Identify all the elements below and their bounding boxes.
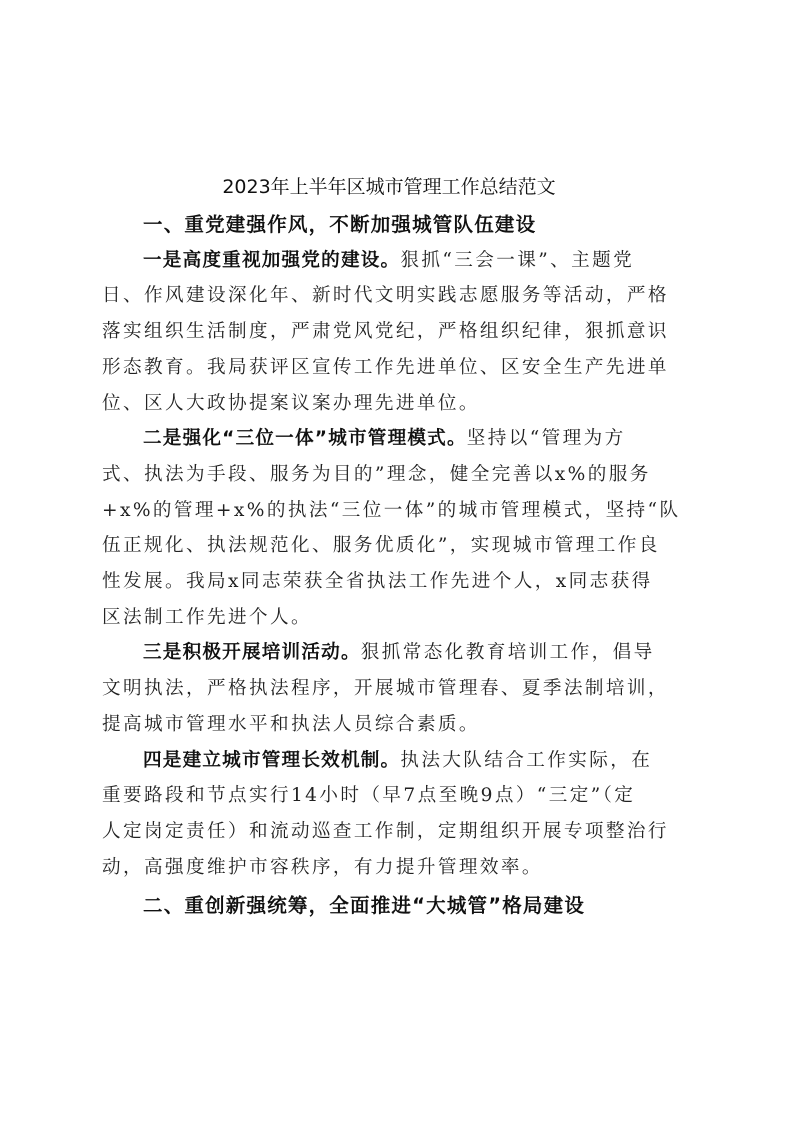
paragraph-line: 形态教育。我局获评区宣传工作先进单位、区安全生产先进单 <box>102 350 676 386</box>
paragraph-line: 位、区人大政协提案议案办理先进单位。 <box>102 386 676 422</box>
paragraph-line: 日、作风建设深化年、新时代文明实践志愿服务等活动，严格 <box>102 278 676 314</box>
paragraph-lead: 三是积极开展培训活动。 <box>143 642 361 663</box>
section-heading-1: 一、重党建强作风，不断加强城管队伍建设 <box>102 207 676 243</box>
paragraph-text: 狠抓常态化教育培训工作，倡导 <box>361 642 655 663</box>
document-page: 2023年上半年区城市管理工作总结范文 一、重党建强作风，不断加强城管队伍建设 … <box>102 170 676 924</box>
paragraph-line: 落实组织生活制度，严肃党风党纪，严格组织纪律，狠抓意识 <box>102 314 676 350</box>
paragraph-line: 性发展。我局x同志荣获全省执法工作先进个人，x同志获得 <box>102 564 676 600</box>
paragraph-long-term-mechanism: 四是建立城市管理长效机制。执法大队结合工作实际，在 重要路段和节点实行14小时（… <box>102 743 676 886</box>
section-heading-2: 二、重创新强统筹，全面推进“大城管”格局建设 <box>102 888 676 924</box>
paragraph-line: 四是建立城市管理长效机制。执法大队结合工作实际，在 <box>102 743 676 779</box>
paragraph-line: 文明执法，严格执法程序，开展城市管理春、夏季法制培训， <box>102 671 676 707</box>
paragraph-line: 提高城市管理水平和执法人员综合素质。 <box>102 707 676 743</box>
document-title: 2023年上半年区城市管理工作总结范文 <box>102 170 676 204</box>
paragraph-line: 伍正规化、执法规范化、服务优质化”，实现城市管理工作良 <box>102 528 676 564</box>
paragraph-line: 二是强化“三位一体”城市管理模式。坚持以“管理为方 <box>102 421 676 457</box>
paragraph-line: 式、执法为手段、服务为目的”理念，健全完善以x%的服务 <box>102 457 676 493</box>
paragraph-line: 人定岗定责任）和流动巡查工作制，定期组织开展专项整治行 <box>102 814 676 850</box>
paragraph-line: +x%的管理+x%的执法“三位一体”的城市管理模式，坚持“队 <box>102 493 676 529</box>
paragraph-text: 执法大队结合工作实际，在 <box>400 750 652 771</box>
paragraph-management-model: 二是强化“三位一体”城市管理模式。坚持以“管理为方 式、执法为手段、服务为目的”… <box>102 421 676 635</box>
paragraph-text: 坚持以“管理为方 <box>467 428 626 449</box>
paragraph-line: 三是积极开展培训活动。狠抓常态化教育培训工作，倡导 <box>102 635 676 671</box>
paragraph-lead: 一是高度重视加强党的建设。 <box>143 250 400 271</box>
paragraph-text: 狠抓“三会一课”、主题党 <box>400 250 634 271</box>
paragraph-line: 重要路段和节点实行14小时（早7点至晚9点）“三定”（定 <box>102 778 676 814</box>
paragraph-line: 一是高度重视加强党的建设。狠抓“三会一课”、主题党 <box>102 243 676 279</box>
paragraph-party-building: 一是高度重视加强党的建设。狠抓“三会一课”、主题党 日、作风建设深化年、新时代文… <box>102 243 676 422</box>
paragraph-line: 动，高强度维护市容秩序，有力提升管理效率。 <box>102 850 676 886</box>
paragraph-lead: 二是强化“三位一体”城市管理模式。 <box>143 428 467 449</box>
paragraph-line: 区法制工作先进个人。 <box>102 600 676 636</box>
paragraph-training: 三是积极开展培训活动。狠抓常态化教育培训工作，倡导 文明执法，严格执法程序，开展… <box>102 635 676 742</box>
paragraph-lead: 四是建立城市管理长效机制。 <box>143 750 400 771</box>
